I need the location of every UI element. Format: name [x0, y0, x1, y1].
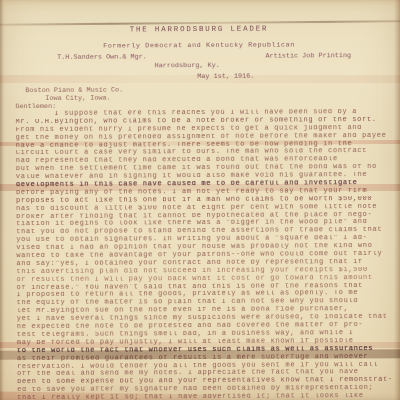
letter-content: THE HARRODSBURG LEADER Formerly Democrat… — [0, 0, 400, 400]
salutation: Gentlemen: — [15, 103, 56, 111]
recipient-address: Iowa City, Iowa. — [45, 95, 110, 103]
letter-body: I suppose that ere this reaches you I wi… — [15, 109, 395, 400]
scanned-letter-page: THE HARRODSBURG LEADER Formerly Democrat… — [0, 0, 400, 400]
letterhead-service: Artistic Job Printing — [265, 52, 351, 61]
letter-date: May 1st, 1916. — [197, 73, 254, 81]
letterhead-proprietor: T.H.Sanders Own.& Mgr. — [57, 53, 147, 62]
letterhead-city: Harrodsburg, Ky. — [0, 61, 375, 71]
body-line: that I really kept it so; that I have ad… — [17, 393, 395, 400]
letterhead-title: THE HARRODSBURG LEADER — [0, 25, 399, 35]
letterhead-subtitle: Formerly Democrat and Kentucky Republica… — [0, 41, 399, 51]
